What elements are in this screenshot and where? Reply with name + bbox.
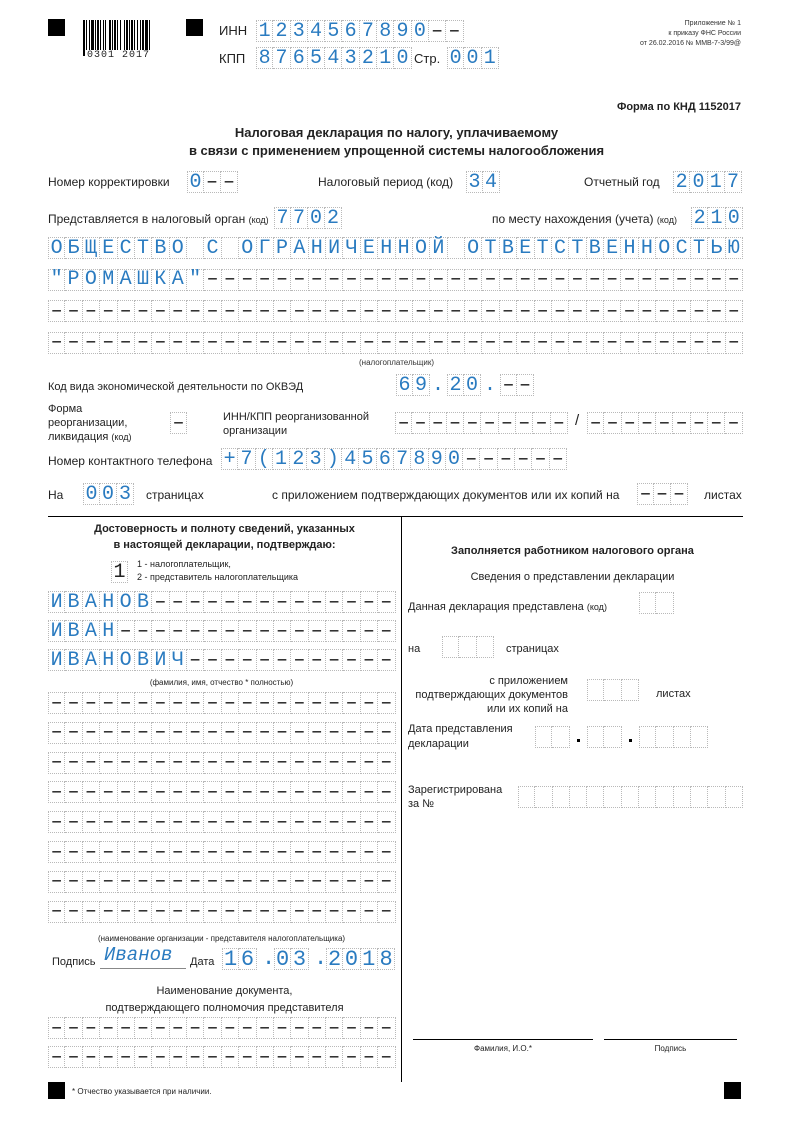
cell: – — [621, 269, 638, 291]
cell: – — [257, 692, 274, 714]
cell: – — [274, 332, 291, 354]
office-date-year[interactable] — [639, 726, 708, 748]
pages-suffix: страницах — [146, 488, 204, 502]
field-row[interactable]: –––––––––––––––––––– — [48, 841, 396, 863]
cell: – — [204, 752, 221, 774]
cell: – — [170, 871, 187, 893]
office-date-month[interactable] — [587, 726, 622, 748]
cell — [448, 237, 465, 259]
cell: – — [48, 692, 65, 714]
cell: – — [83, 841, 100, 863]
phone-cells[interactable]: +7(123)4567890–––––– — [221, 448, 567, 470]
cell: – — [691, 412, 708, 434]
field-row[interactable]: ИВАНОВИЧ–––––––––––– — [48, 649, 396, 671]
cell: – — [65, 811, 82, 833]
cell: – — [673, 412, 690, 434]
reorg-inn-label-2: организации — [223, 424, 287, 438]
reorg-label-3: ликвидация (код) — [48, 430, 131, 444]
office-signature-caption: Подпись — [604, 1042, 737, 1056]
tax-authority-text: Представляется в налоговый орган — [48, 212, 245, 226]
cell: 0 — [412, 20, 429, 42]
cell: – — [100, 841, 117, 863]
cell: – — [361, 752, 378, 774]
field-row[interactable]: –––––––––––––––––––– — [48, 871, 396, 893]
cell: В — [135, 591, 152, 613]
cell: – — [361, 332, 378, 354]
kpp-cells[interactable]: 876543210 — [256, 47, 412, 69]
okved-label: Код вида экономической деятельности по О… — [48, 380, 303, 394]
cell: – — [257, 901, 274, 923]
cell: С — [204, 237, 221, 259]
cell: – — [674, 300, 691, 322]
attach-cells[interactable]: ––– — [637, 483, 688, 505]
cell: 5 — [325, 20, 342, 42]
cell: – — [343, 841, 360, 863]
cell: – — [326, 692, 343, 714]
cell: 9 — [429, 448, 446, 470]
field-row[interactable]: –––––––––––––––––––– — [48, 781, 396, 803]
cell: – — [170, 332, 187, 354]
field-row[interactable]: "РОМАШКА"––––––––––––––––––––––––––––––– — [48, 269, 743, 291]
cell: – — [118, 811, 135, 833]
field-row[interactable]: –––––––––––––––––––– — [48, 722, 396, 744]
cell: – — [152, 871, 169, 893]
cell: – — [500, 332, 517, 354]
date-label: Дата — [190, 955, 214, 969]
cell: – — [65, 1046, 82, 1068]
submitted-text: Данная декларация представлена — [408, 601, 584, 613]
cell: В — [135, 649, 152, 671]
cell: – — [535, 300, 552, 322]
cell: О — [170, 237, 187, 259]
cell: – — [309, 841, 326, 863]
cell: Н — [378, 237, 395, 259]
field-row[interactable]: –––––––––––––––––––– — [48, 811, 396, 833]
cell: – — [499, 412, 516, 434]
location-text: по месту нахождения (учета) — [492, 212, 654, 226]
cell: А — [291, 237, 308, 259]
office-pages-cells[interactable] — [442, 636, 494, 658]
page-number-cells[interactable]: 001 — [447, 47, 499, 69]
cell: – — [569, 300, 586, 322]
cell: – — [83, 871, 100, 893]
cell: – — [100, 1017, 117, 1039]
cell: – — [309, 269, 326, 291]
cell: – — [465, 332, 482, 354]
cell: – — [309, 692, 326, 714]
cell: – — [708, 269, 725, 291]
tax-authority-cells[interactable]: 7702 — [274, 207, 342, 229]
cell: – — [343, 781, 360, 803]
cell: 8 — [411, 448, 428, 470]
cell: – — [222, 591, 239, 613]
cell: – — [361, 1046, 378, 1068]
office-attach-cells[interactable] — [587, 679, 639, 701]
cell: – — [291, 692, 308, 714]
cell: – — [100, 692, 117, 714]
cell: – — [274, 871, 291, 893]
registered-number-cells[interactable] — [518, 786, 743, 808]
okved-cells-2[interactable]: 20 — [447, 374, 481, 396]
date-day-cells[interactable]: 16 — [222, 948, 257, 970]
cell: – — [100, 752, 117, 774]
cell: – — [118, 752, 135, 774]
cell: – — [222, 692, 239, 714]
field-row[interactable]: –––––––––––––––––––– — [48, 752, 396, 774]
cell: – — [222, 871, 239, 893]
office-attach-2: подтверждающих документов — [415, 688, 568, 702]
cell: – — [326, 332, 343, 354]
cell: – — [274, 752, 291, 774]
tax-period-label: Налоговый период (код) — [318, 175, 453, 189]
cell: – — [48, 332, 65, 354]
cell: – — [274, 781, 291, 803]
okved-cells-3[interactable]: –– — [500, 374, 534, 396]
cell: Е — [100, 237, 117, 259]
cell: – — [378, 300, 395, 322]
cell: – — [204, 1017, 221, 1039]
cell: – — [413, 269, 430, 291]
cell: – — [726, 332, 743, 354]
cell: – — [152, 811, 169, 833]
cell: – — [118, 1017, 135, 1039]
reorg-code-hint: (код) — [111, 432, 131, 442]
cell: 7 — [273, 47, 290, 69]
cell: 1 — [361, 948, 378, 970]
cell: 8 — [256, 47, 273, 69]
cell: – — [291, 620, 308, 642]
attach-suffix: листах — [704, 488, 742, 502]
cell: – — [239, 1017, 256, 1039]
cell: – — [326, 752, 343, 774]
registered-label-1: Зарегистрирована — [408, 783, 502, 797]
cell: – — [257, 841, 274, 863]
cell: – — [343, 620, 360, 642]
cell: – — [135, 1017, 152, 1039]
cell: – — [170, 781, 187, 803]
cell: 2 — [290, 448, 307, 470]
cell: 8 — [377, 20, 394, 42]
cell: 4 — [308, 20, 325, 42]
reorg-kpp-cells[interactable]: ––––––––– — [587, 412, 743, 434]
cell: – — [152, 841, 169, 863]
cell: – — [343, 811, 360, 833]
doc-heading-1: Наименование документа, — [48, 984, 401, 998]
cell: – — [463, 448, 480, 470]
reorg-inn-cells[interactable]: –––––––––– — [395, 412, 568, 434]
cell: – — [343, 871, 360, 893]
cell: – — [135, 901, 152, 923]
cell: – — [326, 871, 343, 893]
cell: – — [587, 412, 604, 434]
cell: – — [378, 620, 395, 642]
cell: – — [326, 811, 343, 833]
corner-marker-top-mid — [186, 19, 203, 36]
reorg-label-3-text: ликвидация — [48, 431, 108, 443]
cell: – — [361, 649, 378, 671]
cell: А — [83, 649, 100, 671]
cell: О — [239, 237, 256, 259]
cell: 0 — [83, 483, 100, 505]
cell: – — [378, 591, 395, 613]
cell: – — [361, 591, 378, 613]
cell: 1 — [273, 448, 290, 470]
okved-cells-1[interactable]: 69 — [396, 374, 430, 396]
cell: – — [204, 811, 221, 833]
cell — [656, 726, 673, 748]
cell: – — [639, 412, 656, 434]
cell: Н — [100, 620, 117, 642]
field-row[interactable]: –––––––––––––––––––– — [48, 901, 396, 923]
date-month-cells[interactable]: 03 — [274, 948, 309, 970]
cell: – — [396, 269, 413, 291]
cell: – — [413, 332, 430, 354]
cell: В — [65, 620, 82, 642]
cell: И — [48, 649, 65, 671]
cell: – — [639, 332, 656, 354]
cell: – — [291, 811, 308, 833]
cell: – — [187, 300, 204, 322]
cell: – — [187, 1046, 204, 1068]
cell: + — [221, 448, 238, 470]
cell: – — [326, 300, 343, 322]
cell: Е — [361, 237, 378, 259]
cell: – — [622, 412, 639, 434]
cell: – — [621, 332, 638, 354]
cell: – — [170, 841, 187, 863]
correction-cells[interactable]: 0–– — [187, 171, 238, 193]
cell: И — [326, 237, 343, 259]
signature-value[interactable]: Иванов — [104, 944, 172, 966]
cell — [604, 726, 621, 748]
cell: – — [48, 811, 65, 833]
correction-label: Номер корректировки — [48, 175, 170, 189]
cell: – — [135, 332, 152, 354]
cell: – — [170, 620, 187, 642]
field-row[interactable]: –––––––––––––––––––– — [48, 1017, 396, 1039]
report-year-cells[interactable]: 2017 — [673, 171, 742, 193]
cell — [442, 636, 459, 658]
cell: – — [239, 332, 256, 354]
cell: – — [671, 483, 688, 505]
cell: 0 — [308, 207, 325, 229]
cell — [691, 726, 708, 748]
cell: – — [239, 871, 256, 893]
cell: 1 — [111, 561, 128, 583]
cell: – — [430, 332, 447, 354]
cell: – — [500, 269, 517, 291]
cell: – — [221, 171, 238, 193]
cell: – — [65, 781, 82, 803]
cell — [674, 786, 691, 808]
cell: 1 — [377, 47, 394, 69]
inn-cells[interactable]: 1234567890–– — [256, 20, 464, 42]
cell: – — [604, 269, 621, 291]
cell: – — [135, 692, 152, 714]
cell: – — [170, 591, 187, 613]
field-row[interactable]: –––––––––––––––––––– — [48, 692, 396, 714]
cell: – — [291, 332, 308, 354]
cell: – — [343, 901, 360, 923]
cell: – — [135, 781, 152, 803]
cell: – — [498, 448, 515, 470]
cell: – — [326, 269, 343, 291]
cell: – — [118, 901, 135, 923]
cell: – — [152, 300, 169, 322]
cell: Т — [569, 237, 586, 259]
cell: – — [535, 269, 552, 291]
cell — [726, 786, 743, 808]
cell: – — [343, 269, 360, 291]
title-line-1: Налоговая декларация по налогу, уплачива… — [0, 126, 793, 140]
cell: Ч — [170, 649, 187, 671]
reorg-slash: / — [575, 414, 579, 428]
cell: – — [83, 901, 100, 923]
cell: – — [48, 1017, 65, 1039]
cell: – — [100, 300, 117, 322]
cell: – — [378, 692, 395, 714]
office-date-day[interactable] — [535, 726, 570, 748]
reorg-form-cell[interactable]: – — [170, 412, 187, 434]
cell: О — [118, 649, 135, 671]
cell: – — [83, 300, 100, 322]
cell: – — [343, 649, 360, 671]
cell: – — [654, 483, 671, 505]
field-row[interactable]: ОБЩЕСТВОСОГРАНИЧЕННОЙОТВЕТСТВЕННОСТЬЮ — [48, 237, 743, 259]
location-cells[interactable]: 210 — [691, 207, 743, 229]
cell: Й — [430, 237, 447, 259]
cell: – — [152, 1017, 169, 1039]
cell: – — [309, 300, 326, 322]
cell: Т — [691, 237, 708, 259]
cell: В — [65, 649, 82, 671]
cell: – — [515, 448, 532, 470]
cell: – — [396, 300, 413, 322]
cell: – — [118, 332, 135, 354]
cell: А — [83, 620, 100, 642]
phone-label: Номер контактного телефона — [48, 454, 212, 468]
cell: – — [274, 1017, 291, 1039]
date-year-cells[interactable]: 2018 — [326, 948, 395, 970]
field-row[interactable]: –––––––––––––––––––––––––––––––––––––––– — [48, 332, 743, 354]
cell: – — [309, 811, 326, 833]
cell: – — [274, 811, 291, 833]
appendix-line-1: Приложение № 1 — [685, 20, 741, 28]
cell: – — [343, 332, 360, 354]
cell: – — [239, 1046, 256, 1068]
cell: – — [257, 1046, 274, 1068]
tax-period-cells[interactable]: 34 — [466, 171, 500, 193]
cell: Т — [482, 237, 499, 259]
cell: Ч — [343, 237, 360, 259]
cell: – — [222, 1046, 239, 1068]
cell: 3 — [342, 47, 359, 69]
cell: – — [291, 871, 308, 893]
cell: – — [291, 752, 308, 774]
confirm-heading-1: Достоверность и полноту сведений, указан… — [48, 522, 401, 536]
office-date-dot-2 — [629, 739, 632, 742]
cell: Щ — [83, 237, 100, 259]
cell: Р — [65, 269, 82, 291]
cell: – — [378, 781, 395, 803]
confirm-heading-2: в настоящей декларации, подтверждаю: — [48, 538, 401, 552]
cell: – — [204, 171, 221, 193]
cell: 5 — [308, 47, 325, 69]
cell: – — [343, 300, 360, 322]
taxpayer-caption: (налогоплательщик) — [0, 356, 793, 370]
cell: – — [83, 811, 100, 833]
cell: 7 — [360, 20, 377, 42]
doc-heading-2: подтверждающего полномочия представителя — [48, 1001, 401, 1015]
cell — [570, 786, 587, 808]
cell: 4 — [325, 47, 342, 69]
cell: – — [691, 332, 708, 354]
cell — [187, 237, 204, 259]
cell: – — [204, 692, 221, 714]
cell: – — [309, 871, 326, 893]
cell: – — [378, 901, 395, 923]
tax-office-subheading: Сведения о представлении декларации — [402, 570, 743, 584]
cell: – — [708, 332, 725, 354]
cell: Т — [135, 237, 152, 259]
field-row[interactable]: –––––––––––––––––––––––––––––––––––––––– — [48, 300, 743, 322]
cell: – — [395, 412, 412, 434]
signer-type-cell[interactable]: 1 — [111, 561, 128, 583]
pages-cells[interactable]: 003 — [83, 483, 134, 505]
cell: – — [326, 841, 343, 863]
cell: – — [204, 332, 221, 354]
cell: – — [239, 649, 256, 671]
cell — [604, 786, 621, 808]
cell: – — [361, 300, 378, 322]
cell: 7 — [725, 171, 742, 193]
cell: 9 — [394, 20, 411, 42]
signature-underline — [100, 968, 186, 969]
cell: 0 — [394, 47, 411, 69]
cell: 3 — [466, 171, 483, 193]
cell: – — [170, 752, 187, 774]
cell: – — [170, 692, 187, 714]
office-name-caption: Фамилия, И.О.* — [413, 1042, 593, 1056]
cell: – — [480, 448, 497, 470]
cell: – — [500, 374, 517, 396]
field-row[interactable]: ИВАН–––––––––––––––– — [48, 620, 396, 642]
cell: – — [187, 811, 204, 833]
cell: – — [517, 374, 534, 396]
cell: – — [446, 20, 463, 42]
cell: 0 — [690, 171, 707, 193]
cell: – — [726, 269, 743, 291]
cell: – — [135, 300, 152, 322]
submitted-code-cells[interactable] — [639, 592, 674, 614]
cell: – — [204, 901, 221, 923]
field-row[interactable]: –––––––––––––––––––– — [48, 1046, 396, 1068]
submitted-label: Данная декларация представлена (код) — [408, 600, 607, 614]
cell: – — [187, 752, 204, 774]
cell: – — [100, 871, 117, 893]
office-date-dot-1 — [577, 739, 580, 742]
cell: 4 — [483, 171, 500, 193]
cell: – — [517, 332, 534, 354]
cell: 1 — [222, 948, 239, 970]
cell: – — [118, 300, 135, 322]
cell: – — [274, 300, 291, 322]
submitted-code-hint: (код) — [587, 602, 607, 612]
cell: – — [239, 722, 256, 744]
cell: – — [448, 269, 465, 291]
field-row[interactable]: ИВАНОВ–––––––––––––– — [48, 591, 396, 613]
cell: – — [378, 811, 395, 833]
